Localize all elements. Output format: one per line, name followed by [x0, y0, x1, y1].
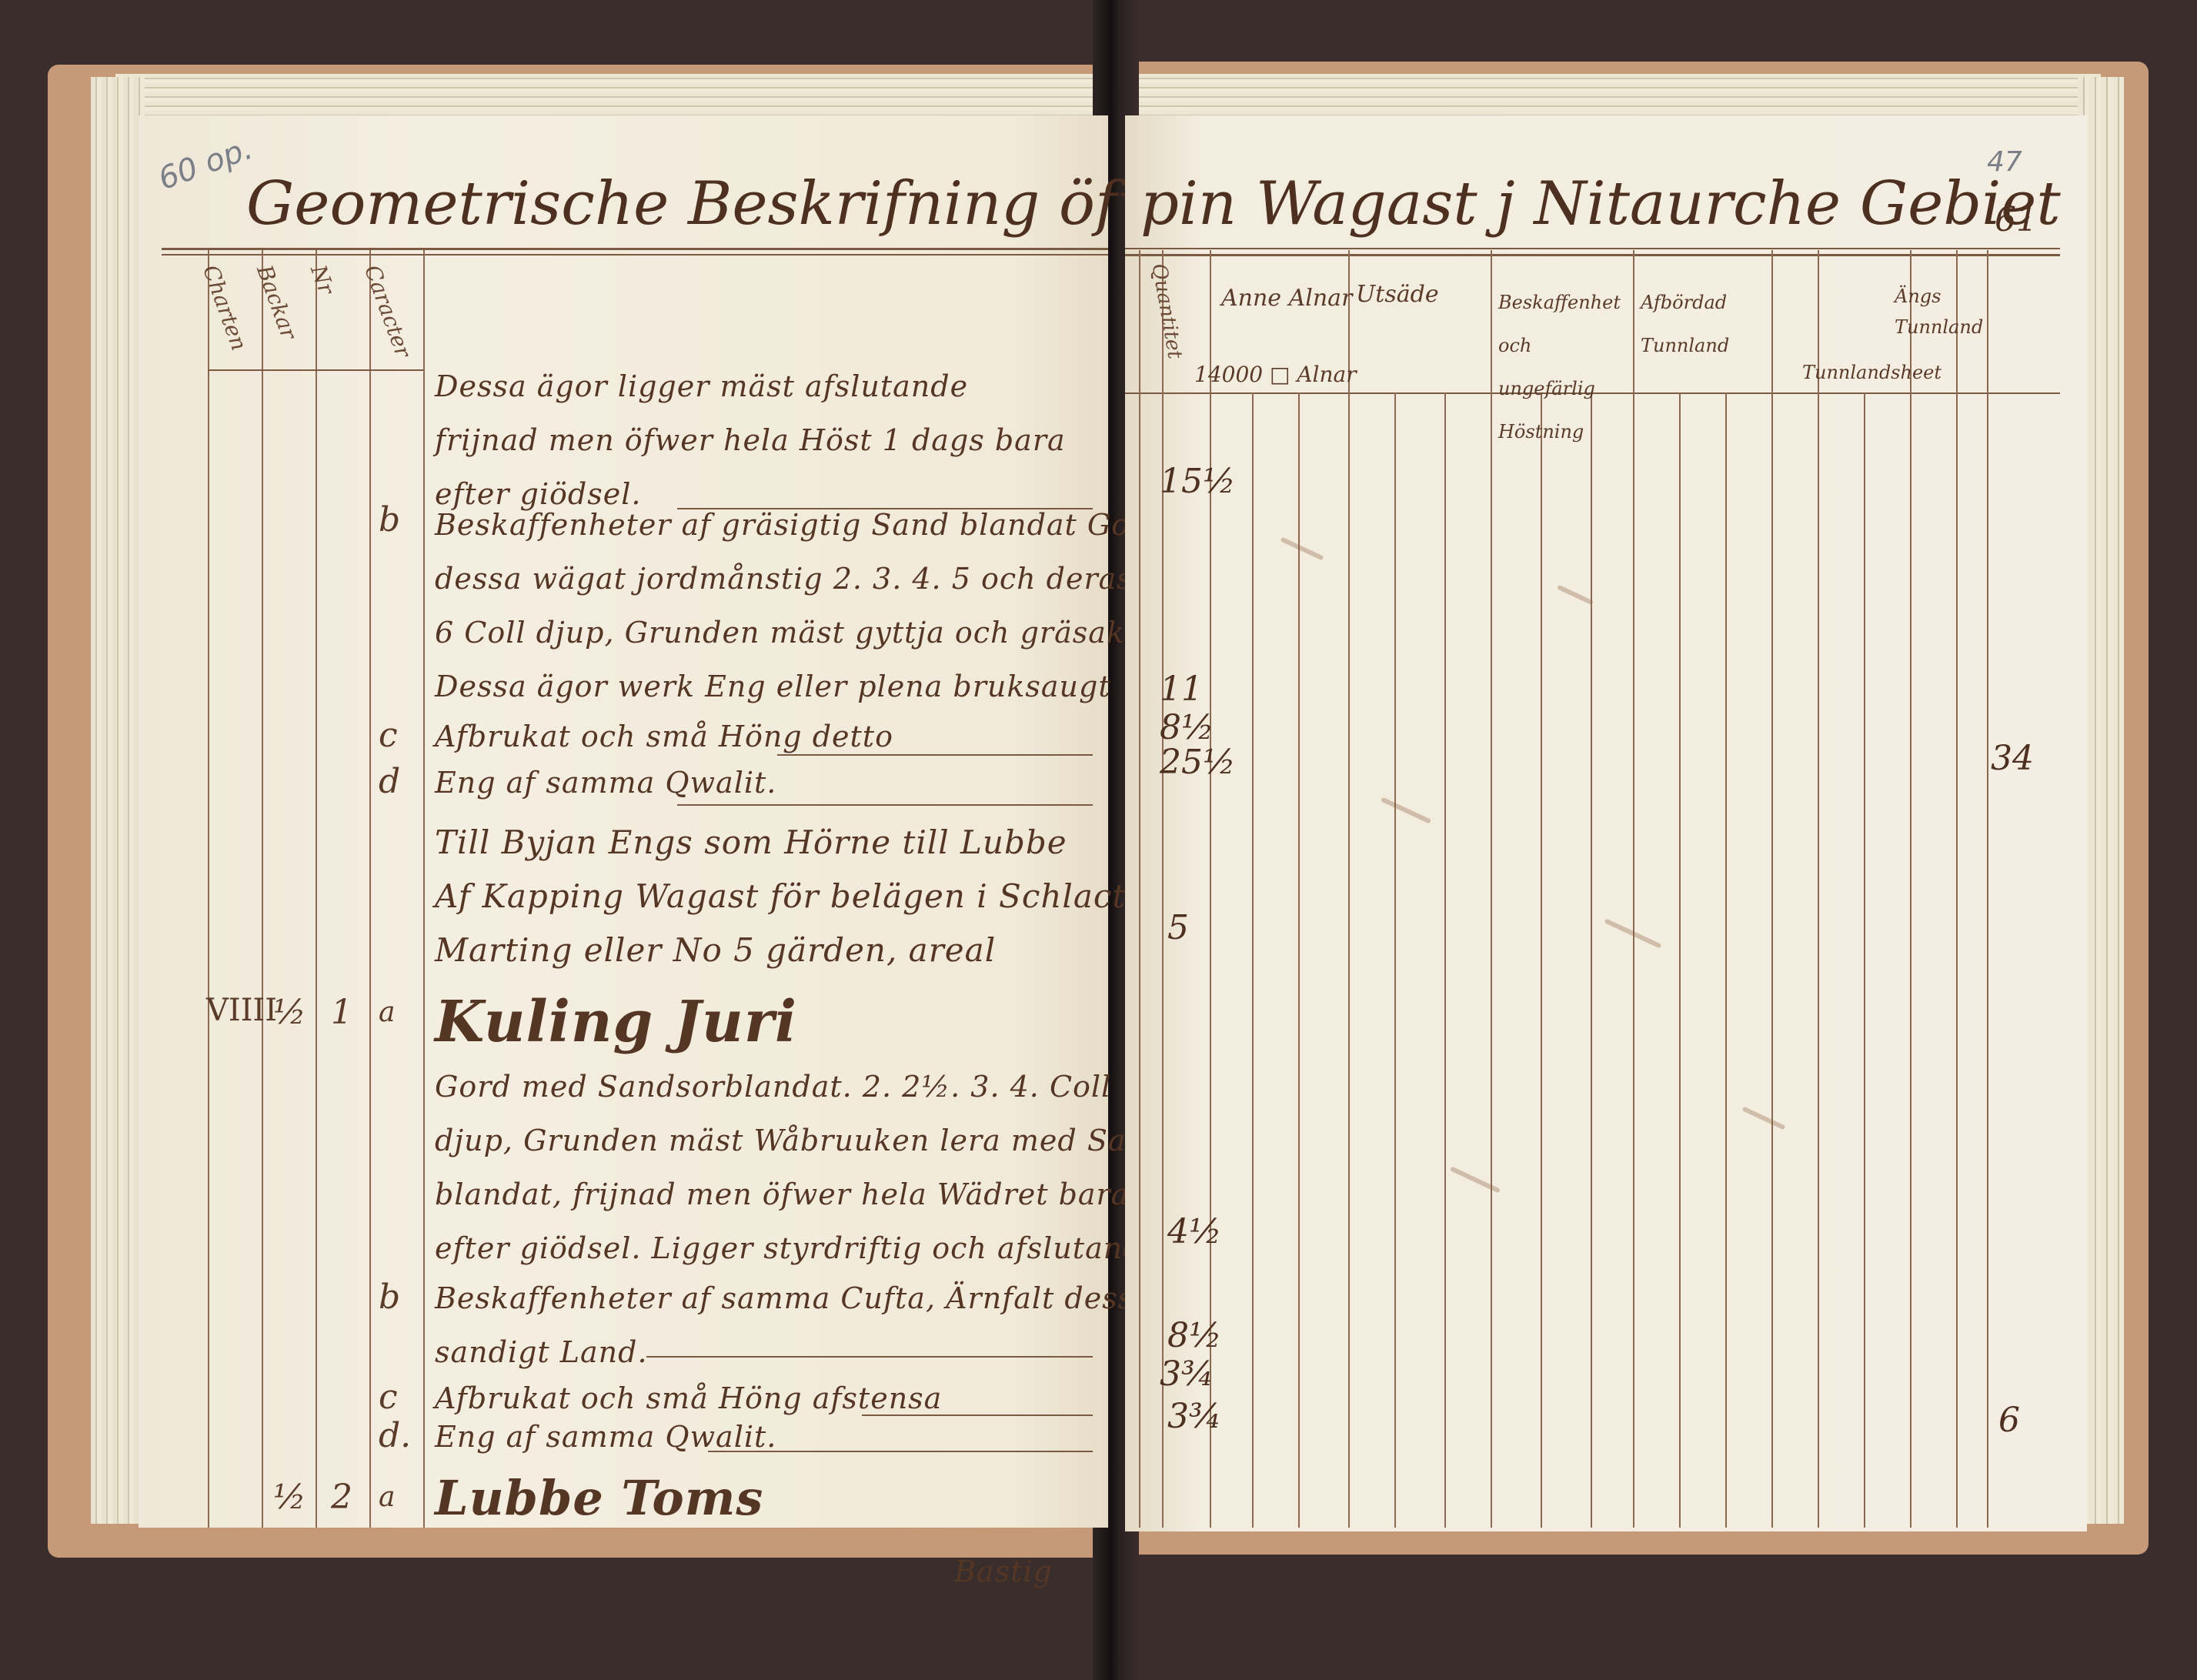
- caracter-mark: a: [379, 997, 395, 1028]
- quantity-value: 8½: [1167, 1316, 1222, 1355]
- ink-bleed: [1450, 1166, 1501, 1193]
- quantity-value: 3¾: [1160, 1354, 1214, 1394]
- catchword: Bastig: [954, 1555, 1053, 1588]
- entry-end-rule: [862, 1414, 1093, 1416]
- entry-line: Eng af samma Qwalit.: [435, 1420, 776, 1454]
- entry-line: Eng af samma Qwalit.: [435, 766, 776, 800]
- entry-line: djup, Grunden mäst Wåbruuken lera med Sa…: [435, 1124, 1165, 1157]
- entry-line: frijnad men öfwer hela Höst 1 dags bara: [435, 423, 1066, 457]
- caracter-mark: a: [379, 1481, 395, 1513]
- entry-line: efter giödsel.: [435, 477, 641, 511]
- right-page: pin Wagast j Nitaurche Gebiet 47 61 Quan…: [1125, 115, 2087, 1531]
- entry-line: Afbrukat och små Höng detto: [435, 720, 893, 753]
- entry-name: Lubbe Toms: [435, 1470, 763, 1526]
- quantity-value: 5: [1167, 908, 1189, 947]
- entry-name: Kuling Juri: [435, 989, 797, 1055]
- col-header-nr: Nr: [306, 262, 339, 298]
- header-rule: [1125, 248, 2060, 249]
- column-rule: [1864, 392, 1865, 1528]
- column-rule: [208, 250, 209, 1528]
- ink-bleed: [1280, 537, 1324, 561]
- col-header-afbordad: Afbördad Tunnland: [1641, 281, 1764, 367]
- caracter-mark: d.: [379, 1416, 411, 1455]
- entry-line: Afbrukat och små Höng afstensa: [435, 1381, 942, 1415]
- entry-line: Marting eller No 5 gärden, areal: [435, 931, 996, 969]
- quantity-value: 4½: [1167, 1212, 1222, 1251]
- caracter-mark: d: [379, 762, 400, 801]
- page-edges-left: [91, 77, 145, 1524]
- col-unit: Tunnlandsheet: [1802, 362, 1942, 383]
- header-rule: [162, 254, 1108, 256]
- column-rule: [1162, 250, 1164, 1528]
- folio-pencil: 47: [1987, 146, 2022, 178]
- nr-value: 1: [331, 993, 352, 1032]
- column-rule: [1818, 250, 1819, 1528]
- col-header-caracter: Caracter: [359, 262, 416, 361]
- col-header-angs: Ängs Tunnland: [1895, 281, 1979, 342]
- column-rule: [369, 250, 371, 1528]
- entry-line: sandigt Land.: [435, 1335, 648, 1369]
- angs-value: 34: [1991, 739, 2034, 778]
- entry-end-rule: [677, 804, 1093, 806]
- header-rule: [1125, 254, 2060, 256]
- column-rule: [1298, 392, 1300, 1528]
- caracter-mark: b: [379, 1278, 400, 1317]
- quantity-value: 8½: [1160, 708, 1214, 747]
- column-rule: [1956, 250, 1958, 1528]
- column-rule: [1591, 392, 1592, 1528]
- col-header-utsade: Utsäde: [1356, 281, 1439, 308]
- header-rule: [162, 248, 1108, 250]
- column-rule: [1679, 392, 1681, 1528]
- col-header-backar: Backar: [252, 262, 302, 342]
- ink-bleed: [1381, 797, 1431, 823]
- column-rule: [423, 250, 425, 1528]
- column-rule: [1444, 392, 1446, 1528]
- entry-line: 6 Coll djup, Grunden mäst gyttja och grä…: [435, 616, 1177, 650]
- entry-line: Dessa ägor ligger mäst afslutande: [435, 369, 968, 403]
- left-page: 60 op. Geometrische Beskrifning öfwer Ka…: [139, 115, 1108, 1528]
- entry-end-rule: [777, 754, 1093, 756]
- entry-line: Beskaffenheter af gräsigtig Sand blandat…: [435, 508, 1156, 542]
- entry-end-rule: [708, 1451, 1093, 1452]
- entry-line: Lubbe Toms: [435, 1470, 763, 1526]
- ink-bleed: [1557, 585, 1594, 606]
- entry-line: Af Kapping Wagast för belägen i Schlacto: [435, 877, 1147, 915]
- col-header-quantitet: Quantitet: [1147, 262, 1186, 361]
- column-rule: [262, 250, 263, 1528]
- column-rule: [1541, 392, 1542, 1528]
- entry-line: blandat, frijnad men öfwer hela Wädret b…: [435, 1177, 1129, 1211]
- nr-value: 2: [331, 1478, 352, 1517]
- charten-value: VIIII: [206, 993, 277, 1028]
- column-rule: [1348, 250, 1350, 1528]
- quantity-value: 25½: [1160, 743, 1236, 782]
- col-header-charten: Charten: [198, 262, 252, 354]
- caracter-mark: b: [379, 500, 400, 539]
- col-header-anne-alnar: Anne Alnar: [1221, 285, 1352, 312]
- angs-value: 6: [1998, 1401, 2020, 1440]
- col-unit: 14000 □ Alnar: [1194, 362, 1357, 387]
- quantity-value: 11: [1160, 670, 1203, 709]
- quantity-value: 15½: [1160, 462, 1236, 501]
- entry-line: Kuling Juri: [435, 989, 797, 1055]
- column-rule: [1725, 392, 1727, 1528]
- col-header-beskaffenhet: Beskaffenhet och ungefärlig Höstning: [1498, 281, 1629, 453]
- quantity-value: 3¾: [1167, 1397, 1222, 1436]
- ink-bleed: [1742, 1107, 1786, 1131]
- column-rule: [1252, 392, 1254, 1528]
- backar-value: ½: [273, 1478, 306, 1517]
- column-rule: [1771, 250, 1773, 1528]
- column-rule: [1491, 250, 1492, 1528]
- entry-line: Beskaffenheter af samma Cufta, Ärnfalt d…: [435, 1281, 1152, 1315]
- column-rule: [1139, 250, 1140, 1528]
- entry-end-rule: [646, 1356, 1093, 1358]
- column-rule: [1394, 392, 1396, 1528]
- column-rule: [316, 250, 317, 1528]
- pencil-note: 60 op.: [154, 131, 257, 197]
- entry-line: Dessa ägor werk Eng eller plena bruksaug…: [435, 670, 1111, 703]
- folio-number: 61: [1995, 200, 2038, 239]
- column-rule: [1987, 250, 1988, 1528]
- backar-value: ½: [273, 993, 306, 1032]
- page-title-right: pin Wagast j Nitaurche Gebiet: [1140, 169, 2061, 239]
- entry-line: Gord med Sandsorblandat. 2. 2½. 3. 4. Co…: [435, 1070, 1111, 1104]
- entry-line: efter giödsel. Ligger styrdriftig och af…: [435, 1231, 1170, 1265]
- column-rule: [1633, 250, 1634, 1528]
- column-rule: [1910, 250, 1912, 1528]
- caracter-mark: c: [379, 716, 398, 755]
- entry-line: dessa wägat jordmånstig 2. 3. 4. 5 och d…: [435, 562, 1133, 596]
- column-header-rule: [208, 369, 423, 371]
- entry-line: Till Byjan Engs som Hörne till Lubbe: [435, 823, 1067, 861]
- caracter-mark: c: [379, 1378, 398, 1417]
